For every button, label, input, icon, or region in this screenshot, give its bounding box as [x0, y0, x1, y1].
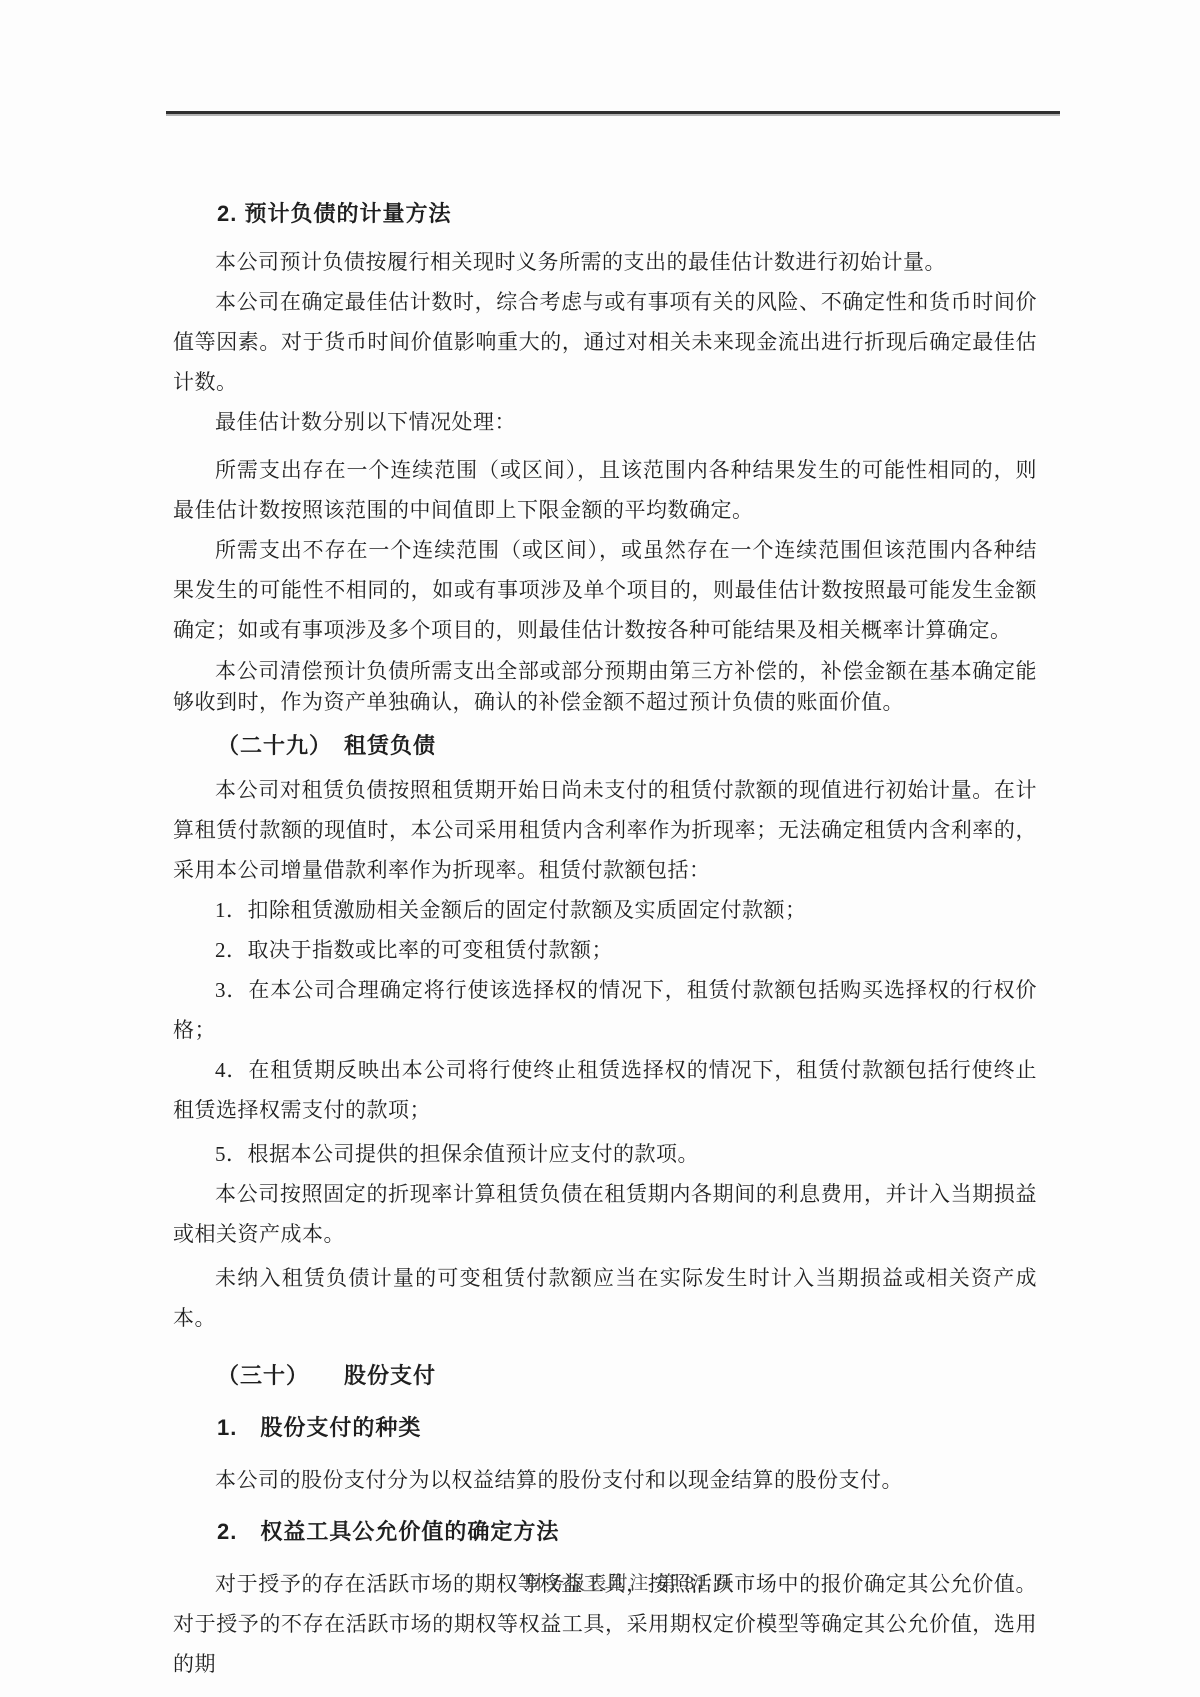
- heading-share-payment-types: 1. 股份支付的种类: [173, 1408, 1037, 1448]
- para-initial-measurement: 本公司预计负债按履行相关现时义务所需的支出的最佳估计数进行初始计量。: [173, 242, 1037, 282]
- para-best-estimate-factors: 本公司在确定最佳估计数时，综合考虑与或有事项有关的风险、不确定性和货币时间价值等…: [173, 282, 1037, 402]
- para-interest-expense: 本公司按照固定的折现率计算租赁负债在租赁期内各期间的利息费用，并计入当期损益或相…: [173, 1174, 1037, 1254]
- para-variable-payments-expense: 未纳入租赁负债计量的可变租赁付款额应当在实际发生时计入当期损益或相关资产成本。: [173, 1258, 1037, 1338]
- heading-provision-measurement: 2. 预计负债的计量方法: [173, 194, 1037, 234]
- heading-share-payment: （三十） 股份支付: [173, 1356, 1037, 1396]
- heading-lease-liability: （二十九） 租赁负债: [173, 726, 1037, 766]
- page-footer: 财务报表附注 第 31 页: [30, 1568, 1200, 1595]
- para-third-party-reimbursement: 本公司清偿预计负债所需支出全部或部分预期由第三方补偿的，补偿金额在基本确定能够收…: [173, 656, 1037, 718]
- list-item-guaranteed-residual: 5．根据本公司提供的担保余值预计应支付的款项。: [173, 1134, 1037, 1174]
- list-item-fixed-payments: 1．扣除租赁激励相关金额后的固定付款额及实质固定付款额；: [173, 890, 1037, 930]
- page-content: 2. 预计负债的计量方法 本公司预计负债按履行相关现时义务所需的支出的最佳估计数…: [173, 194, 1037, 1684]
- list-item-termination-option: 4．在租赁期反映出本公司将行使终止租赁选择权的情况下，租赁付款额包括行使终止租赁…: [173, 1050, 1037, 1130]
- para-estimate-cases: 最佳估计数分别以下情况处理：: [173, 402, 1037, 442]
- list-item-index-rate-payments: 2．取决于指数或比率的可变租赁付款额；: [173, 930, 1037, 970]
- para-lease-initial-measurement: 本公司对租赁负债按照租赁期开始日尚未支付的租赁付款额的现值进行初始计量。在计算租…: [173, 770, 1037, 890]
- para-continuous-range: 所需支出存在一个连续范围（或区间），且该范围内各种结果发生的可能性相同的，则最佳…: [173, 450, 1037, 530]
- header-divider: [166, 111, 1060, 116]
- para-share-payment-types: 本公司的股份支付分为以权益结算的股份支付和以现金结算的股份支付。: [173, 1460, 1037, 1500]
- heading-equity-fair-value: 2. 权益工具公允价值的确定方法: [173, 1512, 1037, 1552]
- para-no-continuous-range: 所需支出不存在一个连续范围（或区间），或虽然存在一个连续范围但该范围内各种结果发…: [173, 530, 1037, 650]
- list-item-purchase-option: 3．在本公司合理确定将行使该选择权的情况下，租赁付款额包括购买选择权的行权价格；: [173, 970, 1037, 1050]
- document-page: 2. 预计负债的计量方法 本公司预计负债按履行相关现时义务所需的支出的最佳估计数…: [0, 0, 1200, 1697]
